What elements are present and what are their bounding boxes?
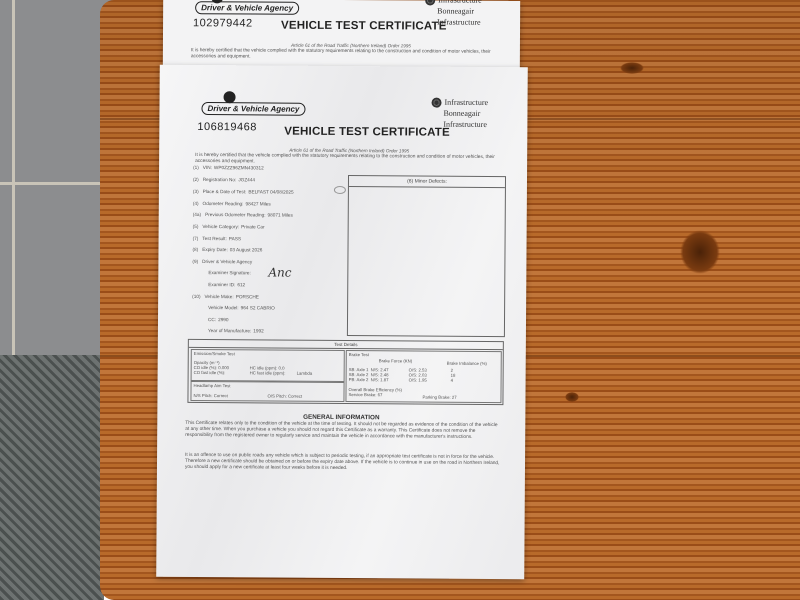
certification-statement: It is hereby certified that the vehicle …: [191, 48, 516, 62]
dfi-logo: Infrastructure Bonneagair Infrastructure: [425, 0, 482, 28]
dva-logo: Driver & Vehicle Agency: [201, 102, 305, 116]
article-reference: Article 61 of the Road Traffic (Northern…: [289, 148, 409, 154]
photo-scene: Driver & Vehicle Agency 102979442 VEHICL…: [0, 0, 800, 600]
certificate-number: 102979442: [193, 17, 253, 29]
brake-row-imbalance: 4: [451, 378, 453, 383]
dfi-emblem-icon: [431, 98, 441, 108]
certificate-title: VEHICLE TEST CERTIFICATE: [281, 20, 447, 33]
dfi-logo: Infrastructure Bonneagair Infrastructure: [431, 97, 488, 131]
certificate-title: VEHICLE TEST CERTIFICATE: [284, 126, 450, 139]
vehicle-field: Vehicle Model:964 S2 CABRIO: [204, 305, 275, 310]
vehicle-field: (10)Vehicle Make:PORSCHE: [192, 294, 259, 299]
vehicle-field: Examiner ID:612: [204, 282, 245, 287]
vehicle-field: Examiner Signature:: [204, 270, 253, 275]
door-mat: [0, 355, 104, 600]
brake-row-axle: PB: Axle 2: [349, 377, 369, 382]
back-certificate: Driver & Vehicle Agency 102979442 VEHICL…: [163, 0, 520, 71]
vehicle-field: (3)Place & Date of Test:BELFAST 04/08/20…: [193, 189, 294, 195]
vehicle-field: Year of Manufacture:1992: [204, 328, 264, 333]
dva-logo: Driver & Vehicle Agency: [195, 1, 299, 15]
vehicle-field: (2)Registration No:JGZ444: [193, 177, 255, 182]
brake-row-ns: N/S: 1.87: [371, 377, 389, 382]
examiner-signature: Anc: [268, 265, 291, 279]
vehicle-field: (1)VIN:WP0ZZZ96ZMN430312: [193, 165, 264, 170]
test-details-box: Test Details Emission/Smoke Test Opacity…: [187, 339, 503, 405]
vehicle-field: (8)Expiry Date:03 August 2026: [192, 247, 262, 252]
brake-row-os: O/S: 1.95: [409, 377, 427, 382]
emission-test-panel: Emission/Smoke Test Opacity (m⁻¹) CO idl…: [191, 349, 345, 382]
brake-test-panel: Brake Test Brake Force (KN) Brake Imbala…: [345, 350, 501, 403]
vehicle-field: (4a)Previous Odometer Reading:98071 Mile…: [193, 212, 293, 218]
minor-defects-box: (6) Minor Defects:: [347, 175, 506, 337]
general-information-para-2: It is an offence to use on public roads …: [185, 453, 501, 474]
article-reference: Article 61 of the Road Traffic (Northern…: [291, 43, 411, 49]
headlamp-test-panel: Headlamp Aim Test N/S Pitch: Correct O/S…: [190, 381, 344, 402]
minor-defects-heading: (6) Minor Defects:: [349, 176, 505, 188]
vehicle-field: (5)Vehicle Category:Private Car: [193, 224, 265, 230]
certificate-number: 106819468: [197, 121, 257, 133]
vehicle-field: (4)Odometer Reading:98427 Miles: [193, 201, 271, 207]
dfi-emblem-icon: [425, 0, 435, 6]
front-certificate: Driver & Vehicle Agency 106819468 VEHICL…: [156, 65, 528, 580]
vehicle-field: CC:2990: [204, 317, 229, 322]
general-information-para-1: This Certificate relates only to the con…: [185, 421, 501, 442]
vehicle-field: (7)Test Result:PASS: [193, 236, 241, 241]
stamp-mark: [334, 186, 346, 194]
vehicle-field: (9)Driver & Vehicle Agency: [192, 259, 254, 264]
